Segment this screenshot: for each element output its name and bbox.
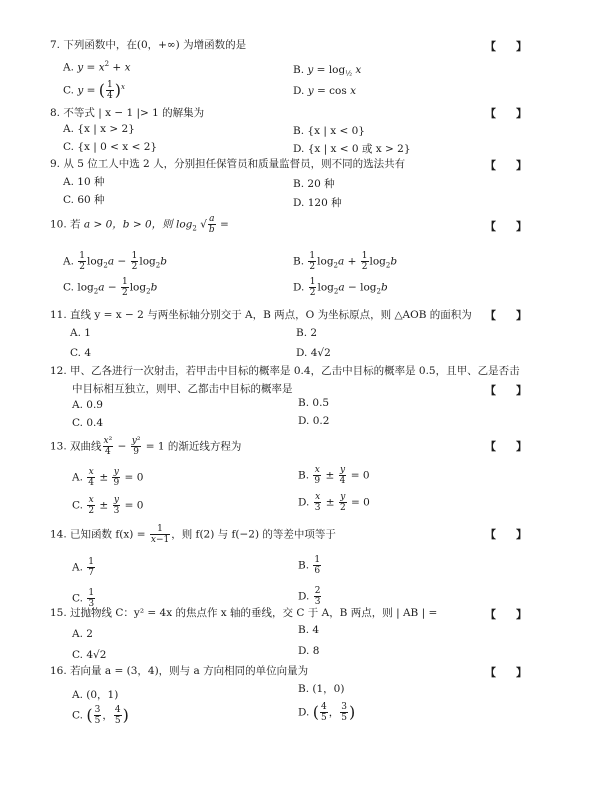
q13-prefix: 13. 双曲线 <box>50 441 102 453</box>
q10-option-a: A. 12log2a − 12log2b <box>63 251 167 273</box>
q8-option-b: B. {x | x < 0} <box>293 124 365 138</box>
question-11-stem: 11. 直线 y = x − 2 与两坐标轴分别交于 A，B 两点，O 为坐标原… <box>50 308 472 322</box>
q11-option-c: C. 4 <box>70 346 91 360</box>
q14-prefix: 14. 已知函数 f(x) = <box>50 529 149 541</box>
bracket-left: 【 <box>485 608 496 621</box>
q16-option-a: A. (0，1) <box>72 688 118 702</box>
question-7-stem: 7. 下列函数中，在(0，+∞) 为增函数的是 <box>50 38 246 52</box>
question-10-stem: 10. 若 a > 0，b > 0，则 log2 √ab = <box>50 214 229 236</box>
q10-cond: a > 0，b > 0，则 log <box>84 219 193 231</box>
q11-option-b: B. 2 <box>296 326 317 340</box>
q15-option-b: B. 4 <box>298 623 319 637</box>
q13-suffix: = 1 的渐近线方程为 <box>142 441 241 453</box>
q9-option-b: B. 20 种 <box>293 177 335 191</box>
q14-suffix: ，则 f(2) 与 f(−2) 的等差中项等于 <box>171 529 336 541</box>
bracket-right: 】 <box>516 107 527 120</box>
q9-option-a: A. 10 种 <box>63 175 104 189</box>
q9-option-d: D. 120 种 <box>293 196 342 210</box>
q10-option-d: D. 12log2a − log2b <box>293 277 388 299</box>
q14-option-d: D. 23 <box>298 586 322 607</box>
question-15-stem: 15. 过抛物线 C：y² = 4x 的焦点作 x 轴的垂线，交 C 于 A，B… <box>50 606 437 620</box>
answer-bracket-15[interactable]: 【】 <box>485 606 527 622</box>
answer-bracket-13[interactable]: 【】 <box>485 438 527 454</box>
q7-option-d: D. y = cos x <box>293 84 356 98</box>
question-12-stem: 12. 甲、乙各进行一次射击，若甲击中目标的概率是 0.4，乙击中目标的概率是 … <box>50 364 520 378</box>
q12-option-b: B. 0.5 <box>298 396 329 410</box>
answer-bracket-7[interactable]: 【】 <box>485 38 527 54</box>
bracket-left: 【 <box>485 220 496 233</box>
question-12-stem-cont: 中目标相互独立，则甲、乙都击中目标的概率是 <box>72 382 293 396</box>
q8-option-d: D. {x | x < 0 或 x > 2} <box>293 142 411 156</box>
answer-bracket-14[interactable]: 【】 <box>485 526 527 542</box>
bracket-right: 】 <box>516 159 527 172</box>
q7-option-a: A. y = x2 + x <box>63 57 130 75</box>
question-13-stem: 13. 双曲线x²4 − y²9 = 1 的渐近线方程为 <box>50 436 241 457</box>
bracket-left: 【 <box>485 107 496 120</box>
bracket-right: 】 <box>516 309 527 322</box>
bracket-right: 】 <box>516 608 527 621</box>
q10-option-b: B. 12log2a + 12log2b <box>293 251 397 273</box>
q13-option-a: A. x4 ± y9 = 0 <box>72 467 143 488</box>
q15-option-d: D. 8 <box>298 644 319 658</box>
q10-option-c: C. log2a − 12log2b <box>63 277 157 299</box>
bracket-right: 】 <box>516 40 527 53</box>
answer-bracket-12[interactable]: 【】 <box>485 382 527 398</box>
question-9-stem: 9. 从 5 位工人中选 2 人，分别担任保管员和质量监督员，则不同的选法共有 <box>50 157 405 171</box>
q8-option-c: C. {x | 0 < x < 2} <box>63 140 157 154</box>
q15-option-a: A. 2 <box>72 627 93 641</box>
q12-option-a: A. 0.9 <box>72 398 103 412</box>
q11-option-d: D. 4√2 <box>296 346 331 360</box>
bracket-left: 【 <box>485 666 496 679</box>
q16-option-b: B. (1，0) <box>298 682 344 696</box>
q12-option-c: C. 0.4 <box>72 416 103 430</box>
q16-option-d: D. (45，35) <box>298 702 355 723</box>
q13-option-b: B. x9 ± y4 = 0 <box>298 465 370 486</box>
q14-option-b: B. 16 <box>298 555 322 576</box>
q13-option-c: C. x2 ± y3 = 0 <box>72 495 143 516</box>
bracket-left: 【 <box>485 309 496 322</box>
q15-option-c: C. 4√2 <box>72 648 106 662</box>
q10-prefix: 10. 若 <box>50 219 84 231</box>
question-14-stem: 14. 已知函数 f(x) = 1x−1，则 f(2) 与 f(−2) 的等差中… <box>50 524 336 545</box>
q7-option-c: C. y = (14)x <box>63 80 125 101</box>
bracket-left: 【 <box>485 528 496 541</box>
bracket-right: 】 <box>516 528 527 541</box>
q7-option-b: B. y = log½ x <box>293 63 361 81</box>
bracket-left: 【 <box>485 40 496 53</box>
q11-option-a: A. 1 <box>70 326 91 340</box>
q12-option-d: D. 0.2 <box>298 414 329 428</box>
question-16-stem: 16. 若向量 a = (3，4)，则与 a 方向相同的单位向量为 <box>50 664 308 678</box>
bracket-right: 】 <box>516 666 527 679</box>
q8-option-a: A. {x | x > 2} <box>63 122 135 136</box>
bracket-right: 】 <box>516 384 527 397</box>
q13-option-d: D. x3 ± y2 = 0 <box>298 492 370 513</box>
q9-option-c: C. 60 种 <box>63 193 105 207</box>
answer-bracket-11[interactable]: 【】 <box>485 307 527 323</box>
answer-bracket-10[interactable]: 【】 <box>485 218 527 234</box>
bracket-left: 【 <box>485 384 496 397</box>
bracket-left: 【 <box>485 440 496 453</box>
q16-option-c: C. (35，45) <box>72 705 129 726</box>
bracket-right: 】 <box>516 220 527 233</box>
q14-option-a: A. 17 <box>72 557 96 578</box>
bracket-left: 【 <box>485 159 496 172</box>
bracket-right: 】 <box>516 440 527 453</box>
answer-bracket-9[interactable]: 【】 <box>485 157 527 173</box>
question-8-stem: 8. 不等式 | x − 1 |> 1 的解集为 <box>50 106 204 120</box>
answer-bracket-8[interactable]: 【】 <box>485 105 527 121</box>
answer-bracket-16[interactable]: 【】 <box>485 664 527 680</box>
